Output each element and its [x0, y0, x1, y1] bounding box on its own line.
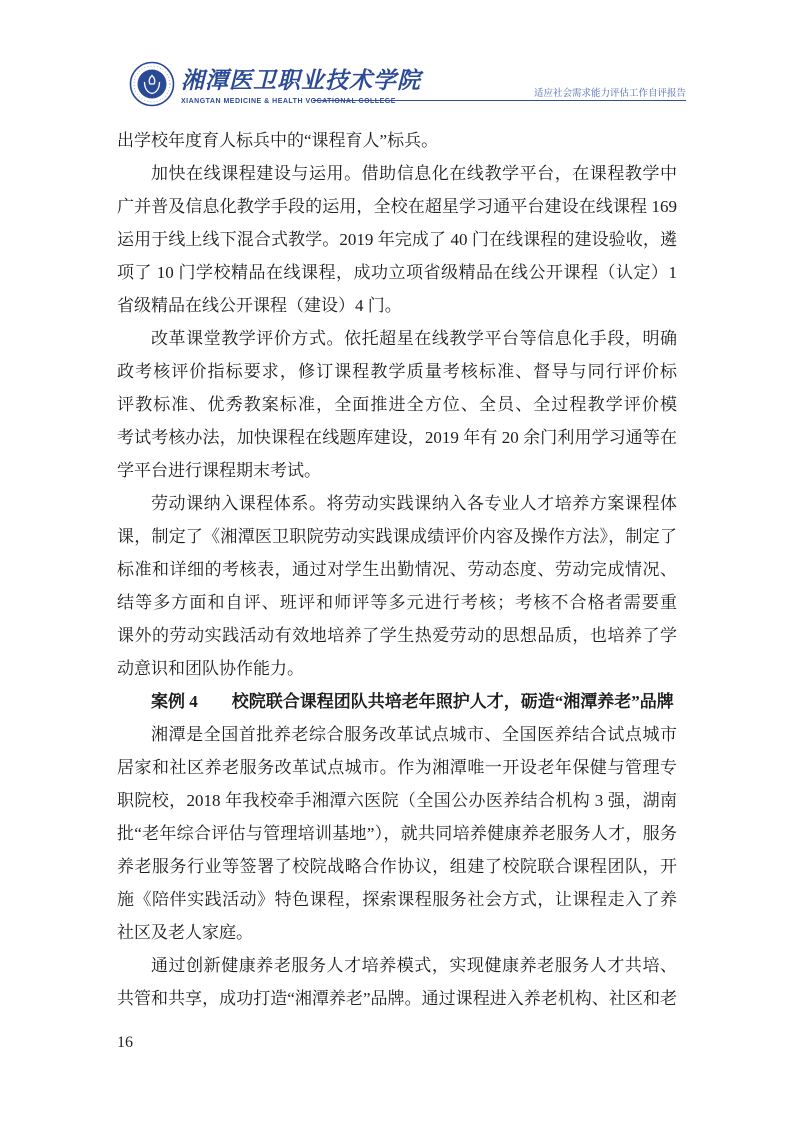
college-seal-logo: [129, 61, 175, 107]
paragraph: 加快在线课程建设与运用。借助信息化在线教学平台，在课程教学中全面推广并普及信息化…: [117, 157, 677, 322]
text-line: 结等多方面和自评、班评和师评等多元进行考核；考核不合格者需要重修。课内: [117, 586, 677, 619]
paragraph: 改革课堂教学评价方式。依托超星在线教学平台等信息化手段，明确课程思政考核评价指标…: [117, 322, 677, 487]
text-line: 通过创新健康养老服务人才培养模式，实现健康养老服务人才共培、共育、: [117, 949, 677, 982]
text-line: 运用于线上线下混合式教学。2019 年完成了 40 门在线课程的建设验收，遴选立: [117, 223, 677, 256]
text-line: 居家和社区养老服务改革试点城市。作为湘潭唯一开设老年保健与管理专业的高: [117, 751, 677, 784]
text-line: 施《陪伴实践活动》特色课程，探索课程服务社会方式，让课程走入了养老机构、: [117, 883, 677, 916]
text-line: 湘潭是全国首批养老综合服务改革试点城市、全国医养结合试点城市及全国: [117, 718, 677, 751]
text-line: 学平台进行课程期末考试。: [117, 454, 677, 487]
body-text: 出学校年度育人标兵中的“课程育人”标兵。加快在线课程建设与运用。借助信息化在线教…: [117, 124, 677, 1015]
college-name-block: 湘潭医卫职业技术学院 XIANGTAN MEDICINE & HEALTH VO…: [181, 62, 401, 105]
page-number: 16: [117, 1034, 133, 1052]
text-line: 政考核评价指标要求，修订课程教学质量考核标准、督导与同行评价标准、学生: [117, 355, 677, 388]
text-line: 案例 4 校院联合课程团队共培老年照护人才，砺造“湘潭养老”品牌: [117, 685, 677, 718]
text-line: 社区及老人家庭。: [117, 916, 677, 949]
header-rule: [313, 100, 686, 101]
text-line: 加快在线课程建设与运用。借助信息化在线教学平台，在课程教学中全面推: [117, 157, 677, 190]
text-line: 课，制定了《湘潭医卫职院劳动实践课成绩评价内容及操作方法》，制定了考核: [117, 520, 677, 553]
text-line: 动意识和团队协作能力。: [117, 652, 677, 685]
text-line: 项了 10 门学校精品在线课程，成功立项省级精品在线公开课程（认定）1 门、: [117, 256, 677, 289]
report-title: 适应社会需求能力评估工作自评报告: [534, 85, 686, 99]
paragraph: 通过创新健康养老服务人才培养模式，实现健康养老服务人才共培、共育、共管和共享，成…: [117, 949, 677, 1015]
text-line: 批“老年综合评估与管理培训基地”），就共同培养健康养老服务人才，服务区域: [117, 817, 677, 850]
college-name-zh: 湘潭医卫职业技术学院: [181, 62, 401, 95]
paragraph: 湘潭是全国首批养老综合服务改革试点城市、全国医养结合试点城市及全国居家和社区养老…: [117, 718, 677, 949]
document-page: 湘潭医卫职业技术学院 XIANGTAN MEDICINE & HEALTH VO…: [0, 0, 793, 1122]
text-line: 评教标准、优秀教案标准，全面推进全方位、全员、全过程教学评价模式。改革: [117, 388, 677, 421]
seal-icon: [129, 61, 175, 107]
text-line: 广并普及信息化教学手段的运用，全校在超星学习通平台建设在线课程 169 门并: [117, 190, 677, 223]
paragraph: 出学校年度育人标兵中的“课程育人”标兵。: [117, 124, 677, 157]
text-line: 职院校，2018 年我校牵手湘潭六医院（全国公办医养结合机构 3 强，湖南省首: [117, 784, 677, 817]
text-line: 省级精品在线公开课程（建设）4 门。: [117, 289, 677, 322]
text-line: 出学校年度育人标兵中的“课程育人”标兵。: [117, 124, 677, 157]
text-line: 课外的劳动实践活动有效地培养了学生热爱劳动的思想品质，也培养了学生的劳: [117, 619, 677, 652]
text-line: 标准和详细的考核表，通过对学生出勤情况、劳动态度、劳动完成情况、劳动小: [117, 553, 677, 586]
text-line: 考试考核办法，加快课程在线题库建设，2019 年有 20 余门利用学习通等在线教: [117, 421, 677, 454]
text-line: 共管和共享，成功打造“湘潭养老”品牌。通过课程进入养老机构、社区和老人: [117, 982, 677, 1015]
text-line: 改革课堂教学评价方式。依托超星在线教学平台等信息化手段，明确课程思: [117, 322, 677, 355]
text-line: 劳动课纳入课程体系。将劳动实践课纳入各专业人才培养方案课程体系必修: [117, 487, 677, 520]
case-heading: 案例 4 校院联合课程团队共培老年照护人才，砺造“湘潭养老”品牌: [117, 685, 677, 718]
text-line: 养老服务行业等签署了校院战略合作协议，组建了校院联合课程团队，开发、实: [117, 850, 677, 883]
paragraph: 劳动课纳入课程体系。将劳动实践课纳入各专业人才培养方案课程体系必修课，制定了《湘…: [117, 487, 677, 685]
